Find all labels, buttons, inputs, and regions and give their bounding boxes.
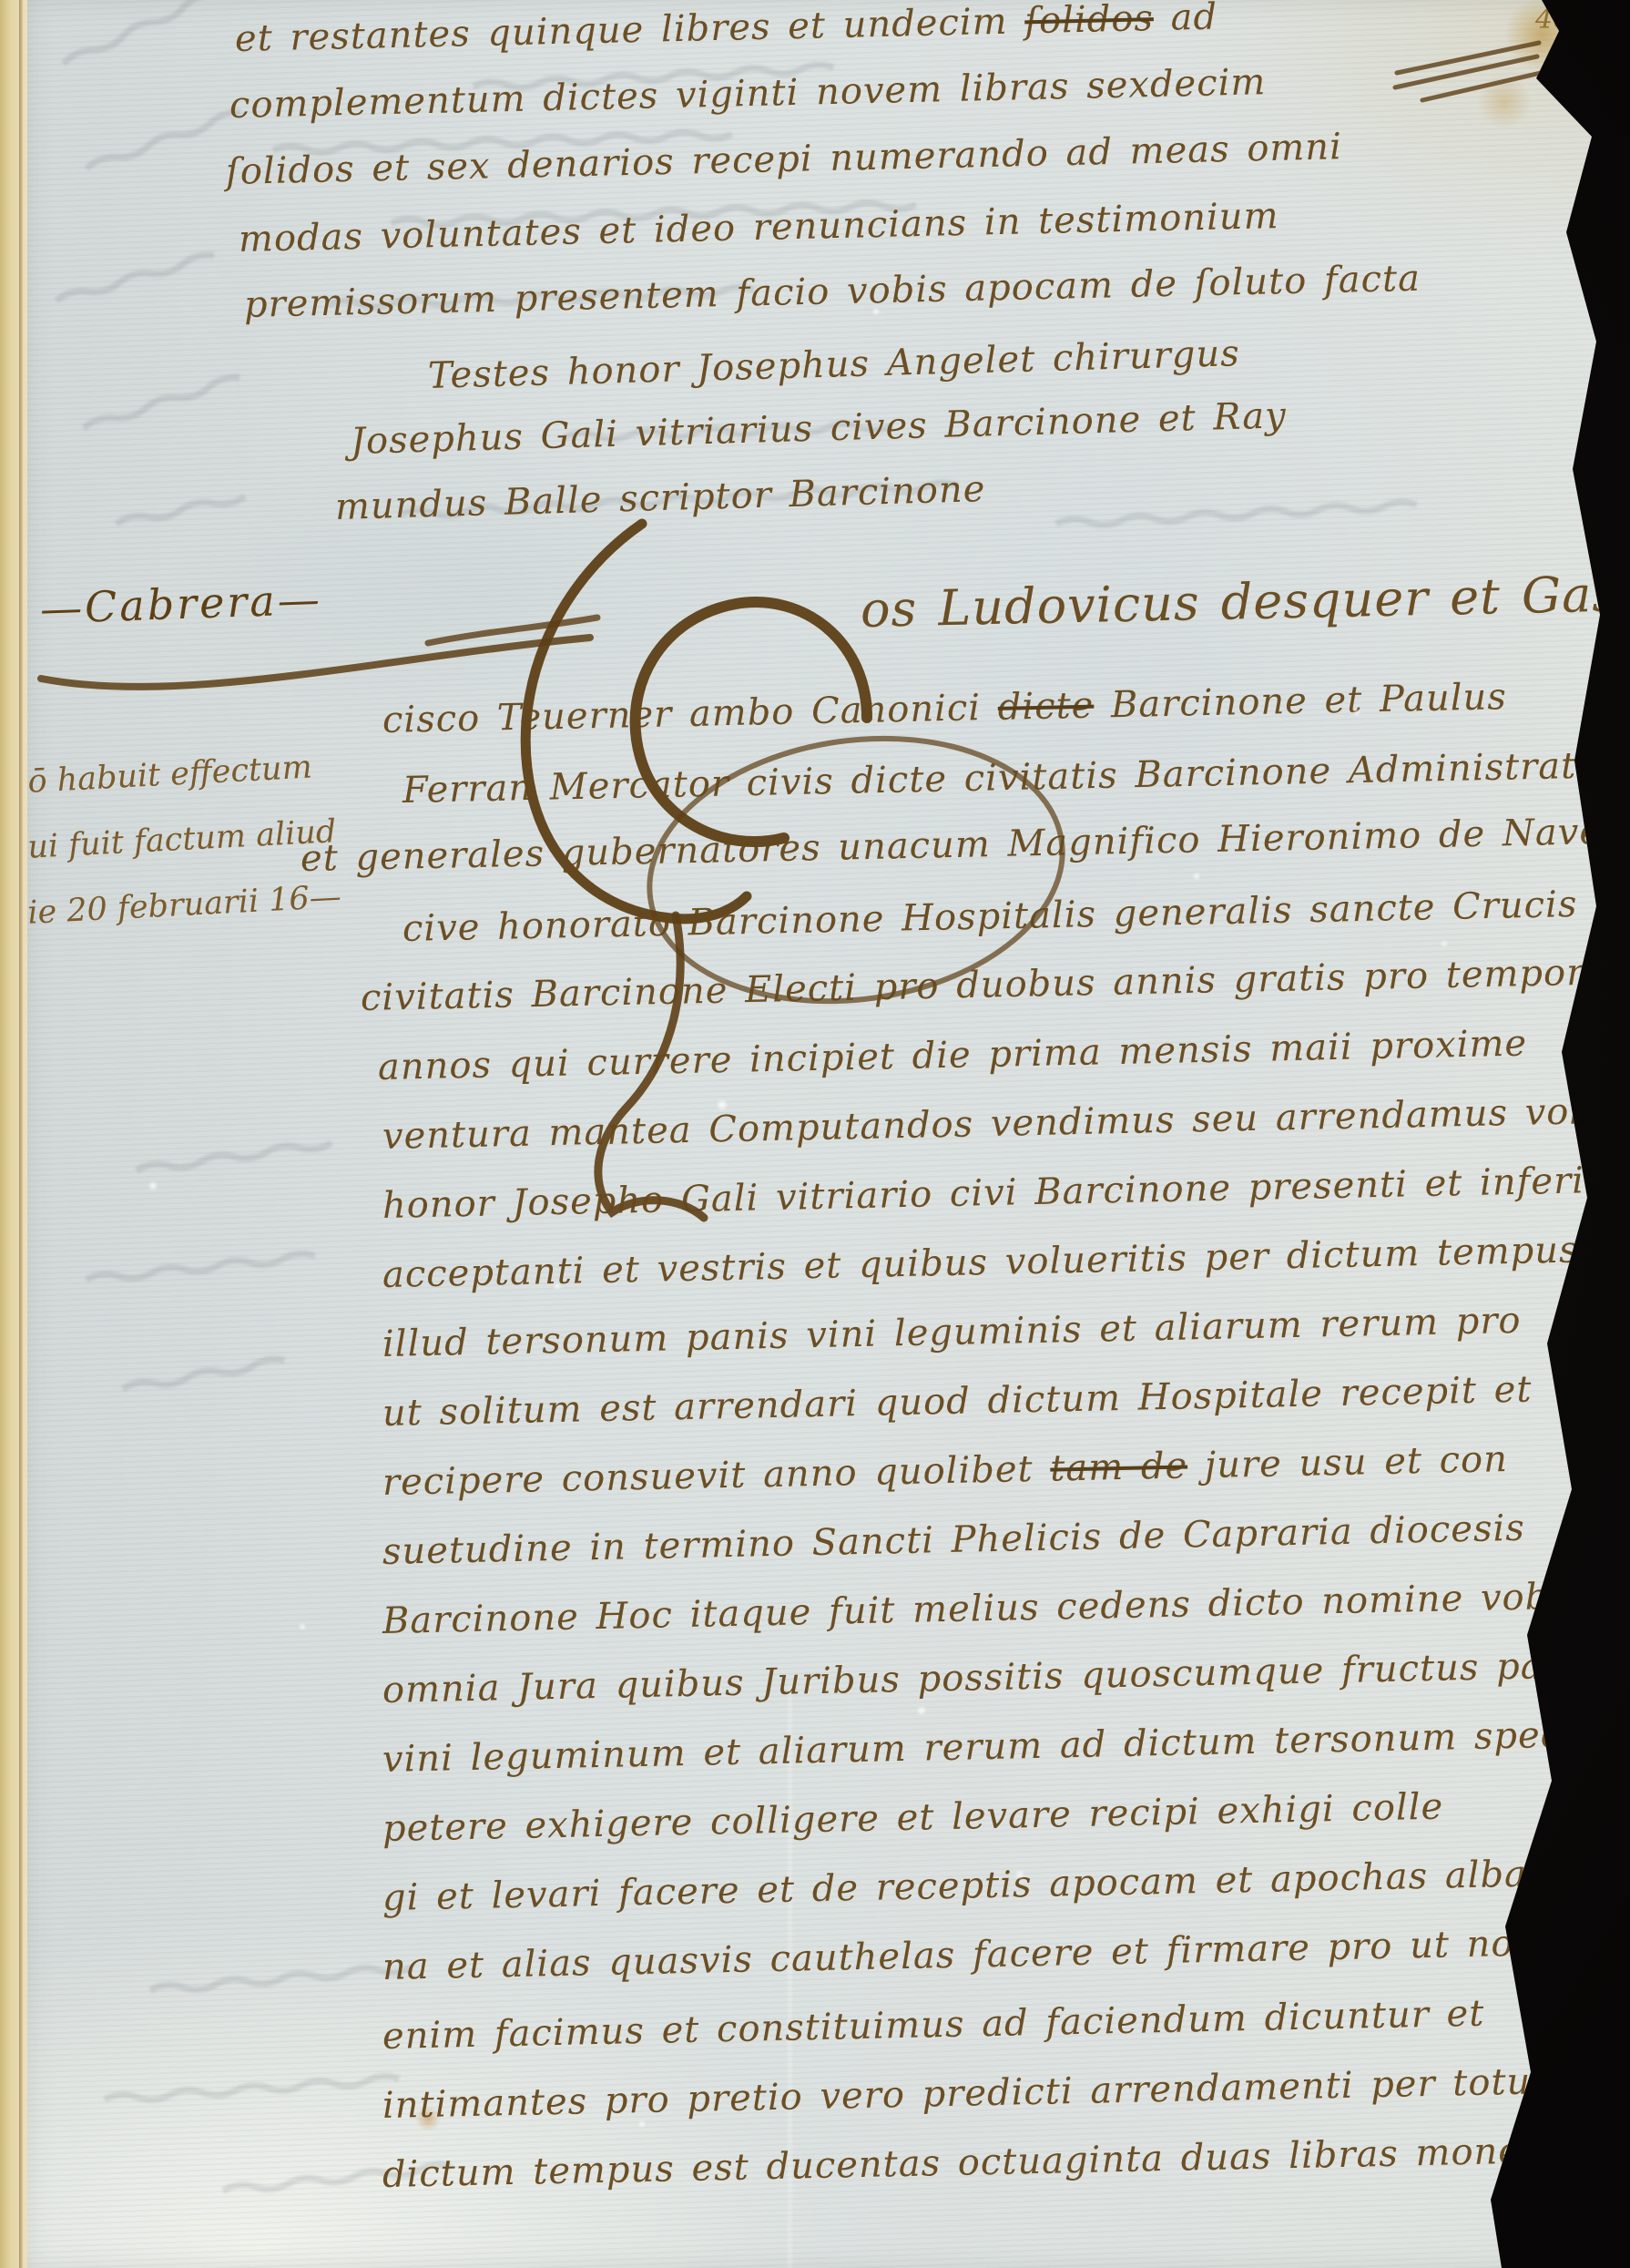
manuscript-line: Ferran Mercator civis dicte civitatis Ba…: [402, 743, 1630, 812]
manuscript-line: os Ludovicus desquer et Gassol Fran: [860, 561, 1630, 639]
manuscript-line: illud tersonum panis vini leguminis et a…: [382, 1300, 1522, 1365]
manuscript-line: honor Josepho Gali vitriario civi Barcin…: [382, 1159, 1629, 1227]
struck-text: tam de: [1050, 1445, 1188, 1489]
manuscript-line: ventura mantea Computandos vendimus seu …: [382, 1089, 1626, 1158]
manuscript-line: et generales gubernatores unacum Magnifi…: [301, 811, 1615, 880]
manuscript-line: omnia Jura quibus Juribus possitis quosc…: [382, 1644, 1601, 1711]
deed-paragraph: os Ludovicus desquer et Gassol Francisco…: [0, 0, 1630, 2268]
manuscript-line: vini leguminum et aliarum rerum ad dictu…: [382, 1712, 1625, 1781]
manuscript-line: recipere consuevit anno quolibet tam de …: [382, 1438, 1509, 1504]
struck-text: dicte: [997, 685, 1094, 729]
manuscript-line: annos qui currere incipiet die prima men…: [378, 1023, 1528, 1088]
folio-number: 40: [1535, 4, 1570, 36]
manuscript-line: petere exhigere colligere et levare reci…: [382, 1786, 1444, 1850]
manuscript-page: 40 —Cabrera— nō habuit effectum qui fuit…: [0, 0, 1630, 2268]
manuscript-line: dictum tempus est ducentas octuaginta du…: [382, 2130, 1560, 2196]
manuscript-line: enim facimus et constituimus ad faciendu…: [382, 1993, 1485, 2058]
manuscript-line: ut solitum est arrendari quod dictum Hos…: [382, 1369, 1533, 1435]
manuscript-line: na et alias quasvis cauthelas facere et …: [382, 1923, 1534, 1988]
manuscript-line: cisco Teuerner ambo Canonici dicte Barci…: [382, 676, 1508, 741]
manuscript-line: suetudine in termino Sancti Phelicis de …: [382, 1507, 1526, 1573]
manuscript-line: gi et levari facere et de receptis apoca…: [382, 1853, 1569, 1919]
manuscript-line: intimantes pro pretio vero predicti arre…: [382, 2060, 1567, 2127]
binding-foldline: [19, 0, 23, 2268]
manuscript-line: civitatis Barcinone Electi pro duobus an…: [361, 948, 1630, 1018]
manuscript-line: acceptanti et vestris et quibus voluerit…: [382, 1226, 1630, 1296]
manuscript-line: Barcinone Hoc itaque fuit melius cedens …: [382, 1575, 1582, 1642]
manuscript-scan: 40 —Cabrera— nō habuit effectum qui fuit…: [0, 0, 1630, 2268]
manuscript-line: cive honorato Barcinone Hospitalis gener…: [402, 879, 1630, 950]
